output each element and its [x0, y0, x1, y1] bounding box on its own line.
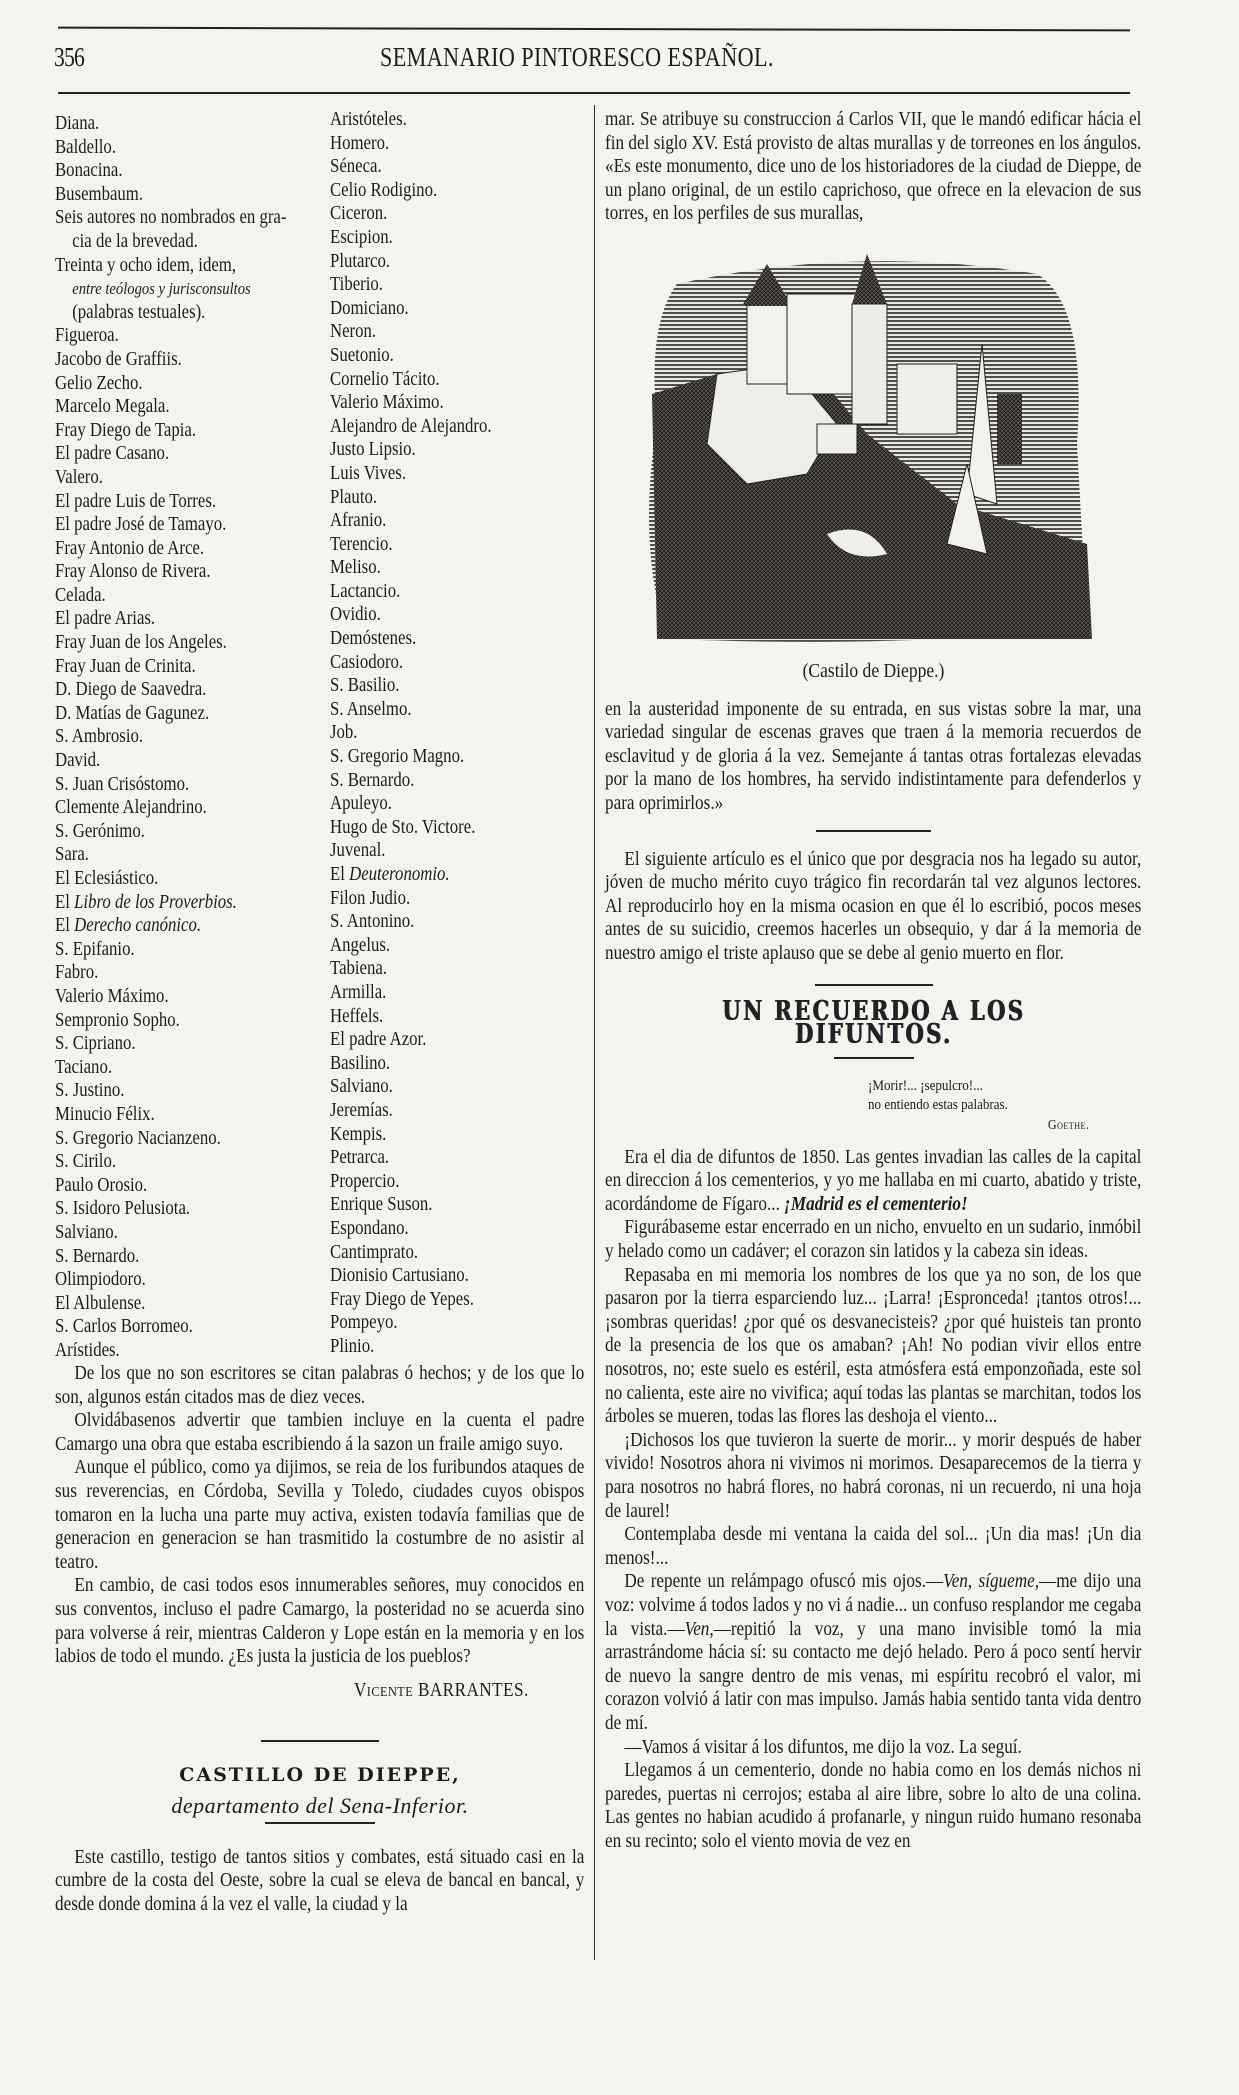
paragraph: De los que no son escritores se citan pa…: [55, 1362, 584, 1409]
paragraph-text: De repente un relámpago ofuscó mis ojos.…: [624, 1571, 943, 1592]
list-item: Tiberio.: [330, 273, 545, 297]
list-item: Gelio Zecho.: [55, 372, 287, 396]
list-item: Celada.: [55, 584, 287, 608]
list-item: Diana.: [55, 112, 287, 136]
epigraph: ¡Morir!... ¡sepulcro!... no entiendo est…: [868, 1077, 1115, 1134]
epigraph-line: no entiendo estas palabras.: [868, 1096, 1115, 1115]
list-item: S. Anselmo.: [330, 698, 545, 722]
epigraph-author: Goethe.: [868, 1115, 1115, 1134]
italic-speech: Ven, sígueme,: [943, 1571, 1039, 1592]
authors-list-right: Aristóteles. Homero. Séneca. Celio Rodig…: [330, 108, 580, 1358]
list-item: El Derecho canónico.: [55, 914, 287, 938]
section-divider: [816, 830, 931, 832]
list-item: Terencio.: [330, 533, 545, 557]
journal-title: SEMANARIO PINTORESCO ESPAÑOL.: [380, 42, 774, 73]
list-item: Ciceron.: [330, 202, 545, 226]
list-item: Dionisio Cartusiano.: [330, 1264, 545, 1288]
list-item: El Libro de los Proverbios.: [55, 891, 287, 915]
list-item: Celio Rodigino.: [330, 179, 545, 203]
article-body: Era el dia de difuntos de 1850. Las gent…: [605, 1146, 1142, 1854]
list-item: S. Cirilo.: [55, 1150, 287, 1174]
author-signature: Vicente BARRANTES.: [119, 1679, 585, 1703]
list-item: Ovidio.: [330, 603, 545, 627]
list-item: Fray Diego de Tapia.: [55, 419, 287, 443]
list-item: S. Juan Crisóstomo.: [55, 773, 287, 797]
list-item: El padre José de Tamayo.: [55, 513, 287, 537]
italic-title: Deuteronomio.: [349, 864, 449, 885]
epigraph-line: ¡Morir!... ¡sepulcro!...: [868, 1077, 1115, 1096]
list-item: Salviano.: [330, 1075, 545, 1099]
paragraph: —Vamos á visitar á los difuntos, me dijo…: [605, 1736, 1141, 1760]
paragraph: De repente un relámpago ofuscó mis ojos.…: [605, 1570, 1141, 1735]
list-item: Baldello.: [55, 136, 287, 160]
list-item: Cornelio Tácito.: [330, 368, 545, 392]
list-item: Enrique Suson.: [330, 1193, 545, 1217]
list-item: El Deuteronomio.: [330, 863, 545, 887]
running-head: 356 SEMANARIO PINTORESCO ESPAÑOL.: [40, 36, 1140, 76]
illustration-caption: (Castilo de Dieppe.): [632, 660, 1115, 684]
list-item: Neron.: [330, 320, 545, 344]
list-item: Valero.: [55, 466, 287, 490]
list-item: Pompeyo.: [330, 1311, 545, 1335]
list-item: Apuleyo.: [330, 792, 545, 816]
editor-note: El siguiente artículo es el único que po…: [605, 848, 1141, 966]
italic-title: Libro de los Proverbios.: [74, 892, 237, 913]
paragraph: en la austeridad imponente de su entrada…: [605, 698, 1141, 816]
list-item: Figueroa.: [55, 324, 287, 348]
list-item: Luis Vives.: [330, 462, 545, 486]
list-item: Suetonio.: [330, 344, 545, 368]
paragraph: Figurábaseme estar encerrado en un nicho…: [605, 1216, 1141, 1263]
list-item-text: Treinta y ocho idem, idem,: [55, 255, 236, 276]
list-item: D. Diego de Saavedra.: [55, 678, 287, 702]
list-item: D. Matías de Gagunez.: [55, 702, 287, 726]
article-title: UN RECUERDO A LOS DIFUNTOS.: [664, 1000, 1083, 1047]
list-item: El Eclesiástico.: [55, 867, 287, 891]
list-item: Basilino.: [330, 1052, 545, 1076]
header-bottom-rule: [58, 92, 1130, 94]
header-top-rule: [58, 27, 1130, 32]
list-item: S. Epifanio.: [55, 938, 287, 962]
list-item: S. Ambrosio.: [55, 725, 287, 749]
list-item: Fray Antonio de Arce.: [55, 537, 287, 561]
list-item: Fray Alonso de Rivera.: [55, 560, 287, 584]
list-item: S. Carlos Borromeo.: [55, 1315, 287, 1339]
italic-phrase: entre teólogos y jurisconsultos: [72, 279, 251, 298]
list-item: entre teólogos y jurisconsultos: [55, 277, 287, 301]
list-item: Fray Diego de Yepes.: [330, 1288, 545, 1312]
list-item: Angelus.: [330, 934, 545, 958]
list-item: Fray Juan de los Angeles.: [55, 631, 287, 655]
list-item: S. Justino.: [55, 1079, 287, 1103]
authors-list-left: Diana. Baldello. Bonacina. Busembaum. Se…: [55, 112, 325, 1362]
page-number: 356: [54, 42, 84, 73]
list-item: Busembaum.: [55, 183, 287, 207]
list-item: S. Gregorio Magno.: [330, 745, 545, 769]
list-item-text: El: [55, 915, 70, 936]
list-item: S. Bernardo.: [330, 769, 545, 793]
list-item: Hugo de Sto. Victore.: [330, 816, 545, 840]
list-item: Petrarca.: [330, 1146, 545, 1170]
list-item-text: El: [55, 892, 70, 913]
list-item: Kempis.: [330, 1123, 545, 1147]
list-item: Aristóteles.: [330, 108, 545, 132]
list-item: Lactancio.: [330, 580, 545, 604]
list-item: Jeremías.: [330, 1099, 545, 1123]
paragraph: Este castillo, testigo de tantos sitios …: [55, 1846, 584, 1917]
section-divider: [815, 984, 933, 986]
barrantes-closing: De los que no son escritores se citan pa…: [55, 1362, 585, 1702]
list-item: Valerio Máximo.: [55, 985, 287, 1009]
list-item: El padre Luis de Torres.: [55, 490, 287, 514]
list-item: Marcelo Megala.: [55, 395, 287, 419]
paragraph: ¡Dichosos los que tuvieron la suerte de …: [605, 1429, 1141, 1523]
list-item: Justo Lipsio.: [330, 438, 545, 462]
list-item: Cantimprato.: [330, 1241, 545, 1265]
list-item: Job.: [330, 721, 545, 745]
list-item: Plutarco.: [330, 250, 545, 274]
list-item: Olimpiodoro.: [55, 1268, 287, 1292]
list-item: El padre Azor.: [330, 1028, 545, 1052]
list-item: S. Gerónimo.: [55, 820, 287, 844]
paragraph: En cambio, de casi todos esos innumerabl…: [55, 1574, 584, 1668]
list-item: El padre Arias.: [55, 607, 287, 631]
list-item: Fray Juan de Crinita.: [55, 655, 287, 679]
list-item: Homero.: [330, 132, 545, 156]
list-item: Plinio.: [330, 1335, 545, 1359]
list-item: David.: [55, 749, 287, 773]
signature-first-name: Vicente: [354, 1680, 413, 1701]
italic-speech: Ven,: [685, 1619, 714, 1640]
paragraph: Repasaba en mi memoria los nombres de lo…: [605, 1264, 1141, 1429]
paragraph: Llegamos á un cementerio, donde no habia…: [605, 1759, 1141, 1853]
list-item: Sempronio Sopho.: [55, 1009, 287, 1033]
paragraph: Contemplaba desde mi ventana la caida de…: [605, 1523, 1141, 1570]
list-item: Juvenal.: [330, 839, 545, 863]
list-item: Séneca.: [330, 155, 545, 179]
list-item: El Albulense.: [55, 1292, 287, 1316]
list-item: Domiciano.: [330, 297, 545, 321]
castle-article-title: CASTILLO DE DIEPPE,: [55, 1764, 585, 1788]
list-item: Paulo Orosio.: [55, 1174, 287, 1198]
list-item: Plauto.: [330, 486, 545, 510]
list-item: S. Gregorio Nacianzeno.: [55, 1127, 287, 1151]
list-item: Valerio Máximo.: [330, 391, 545, 415]
list-item: Armilla.: [330, 981, 545, 1005]
section-divider: [261, 1740, 379, 1742]
signature-last-name: BARRANTES.: [418, 1680, 529, 1701]
italic-title: Derecho canónico.: [74, 915, 201, 936]
title-underline: [834, 1057, 914, 1059]
title-underline: [265, 1822, 375, 1824]
list-item: Espondano.: [330, 1217, 545, 1241]
list-item: Filon Judio.: [330, 887, 545, 911]
castle-article-subtitle: departamento del Sena-Inferior.: [55, 1794, 585, 1818]
list-item: Bonacina.: [55, 159, 287, 183]
list-item: S. Bernardo.: [55, 1245, 287, 1269]
list-item: S. Basilio.: [330, 674, 545, 698]
list-item: (palabras testuales).: [55, 301, 287, 325]
italic-quote: ¡Madrid es el cementerio!: [784, 1194, 968, 1215]
list-item: Heffels.: [330, 1005, 545, 1029]
list-item: Jacobo de Graffiis.: [55, 348, 287, 372]
list-item: Clemente Alejandrino.: [55, 796, 287, 820]
list-item-text: El: [330, 864, 345, 885]
paragraph: Aunque el público, como ya dijimos, se r…: [55, 1456, 584, 1574]
column-divider: [594, 105, 595, 1960]
list-item: cia de la brevedad.: [55, 230, 287, 254]
cited-authors-list: Diana. Baldello. Bonacina. Busembaum. Se…: [55, 112, 585, 1340]
list-item: S. Cipriano.: [55, 1032, 287, 1056]
list-item: Afranio.: [330, 509, 545, 533]
list-item: Meliso.: [330, 556, 545, 580]
list-item: Alejandro de Alejandro.: [330, 415, 545, 439]
castle-engraving-image: [637, 244, 1105, 654]
list-item: Casiodoro.: [330, 651, 545, 675]
list-item: Minucio Félix.: [55, 1103, 287, 1127]
list-item: S. Isidoro Pelusiota.: [55, 1197, 287, 1221]
paragraph: Era el dia de difuntos de 1850. Las gent…: [605, 1146, 1141, 1217]
paragraph: mar. Se atribuye su construccion á Carlo…: [605, 108, 1141, 226]
list-item: Tabiena.: [330, 957, 545, 981]
list-item: Fabro.: [55, 961, 287, 985]
paragraph: Olvidábasenos advertir que tambien inclu…: [55, 1409, 584, 1456]
list-item: El padre Casano.: [55, 442, 287, 466]
list-item: Propercio.: [330, 1170, 545, 1194]
left-column: Diana. Baldello. Bonacina. Busembaum. Se…: [55, 112, 585, 1916]
list-item: Taciano.: [55, 1056, 287, 1080]
list-item: Treinta y ocho idem, idem,: [55, 254, 287, 278]
list-item: Seis autores no nombrados en gra-: [55, 206, 287, 230]
list-item: Sara.: [55, 843, 287, 867]
right-column: mar. Se atribuye su construccion á Carlo…: [605, 108, 1142, 1854]
list-item: Salviano.: [55, 1221, 287, 1245]
list-item: Demóstenes.: [330, 627, 545, 651]
list-item: Escipion.: [330, 226, 545, 250]
list-item: Arístides.: [55, 1339, 287, 1363]
castle-engraving-icon: [637, 244, 1105, 654]
list-item: S. Antonino.: [330, 910, 545, 934]
